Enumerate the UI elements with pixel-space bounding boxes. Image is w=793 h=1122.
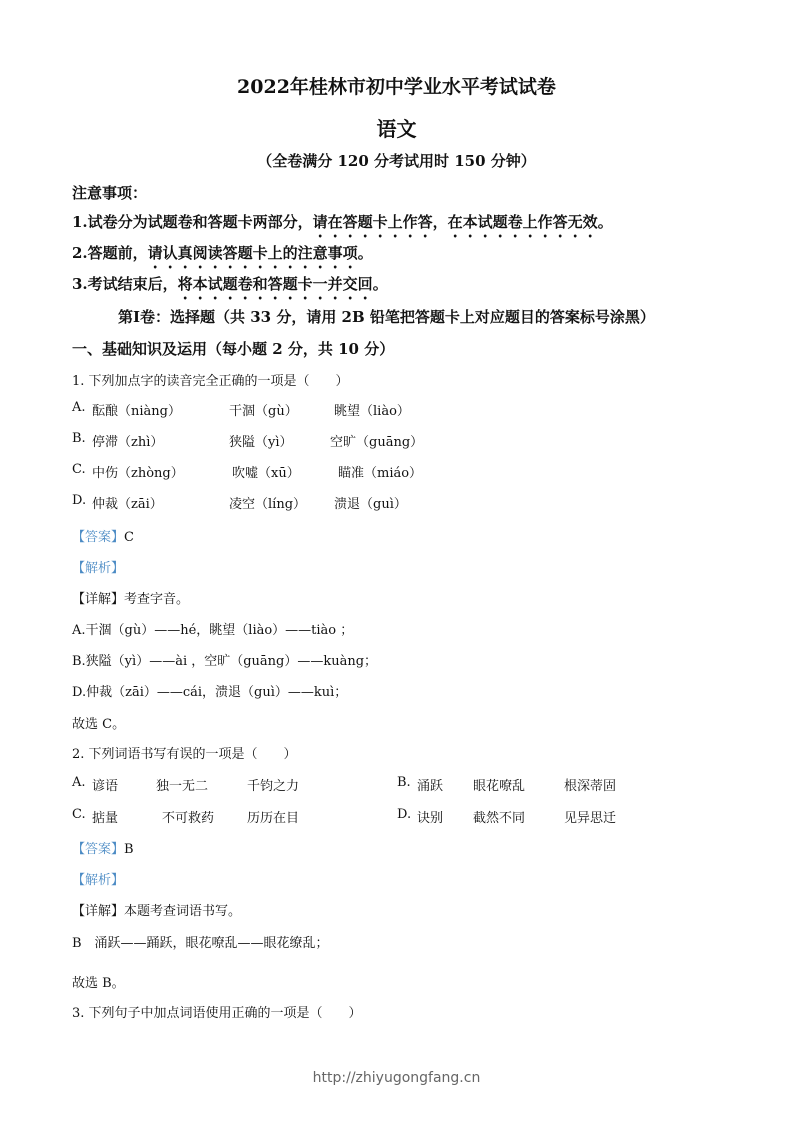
q1-analysis-label: 【解析】: [72, 557, 124, 576]
section-heading: 一、基础知识及运用（每小题 2 分，共 10 分）: [72, 338, 394, 359]
option-item: 涌跃: [417, 775, 443, 794]
option-item: 截然不同: [473, 807, 525, 826]
option-item: 吹嘘（xū）: [232, 462, 300, 481]
option-label: D.: [397, 807, 411, 822]
notice-item-3: 3.考试结束后，将本试题卷和答题卡一并交回。: [72, 273, 388, 303]
notice-emphasis: 请认真阅读答题卡上的注意事项: [148, 244, 358, 262]
option-label: B.: [72, 431, 86, 446]
option-item: 停滞（zhì）: [92, 431, 163, 450]
option-item: 狭隘（yì）: [229, 431, 293, 450]
option-item: 根深蒂固: [564, 775, 616, 794]
option-item: 凌空（líng）: [229, 493, 306, 512]
notice-text: 。: [598, 213, 613, 231]
notice-emphasis: 将本试题卷和答题卡一并交回: [178, 275, 373, 293]
option-item: 空旷（guāng）: [330, 431, 423, 450]
q1-conclusion: 故选 C。: [72, 713, 125, 732]
footer-url[interactable]: http://zhiyugongfang.cn: [0, 1070, 793, 1086]
option-item: 见异思迁: [564, 807, 616, 826]
option-label: A.: [72, 775, 86, 790]
q2-options-ab: A. 谚语 独一无二 千钧之力 B. 涌跃 眼花嘹乱 根深蒂固: [72, 775, 772, 795]
option-item: 溃退（guì）: [334, 493, 407, 512]
question-2-stem: 2. 下列词语书写有误的一项是（ ）: [72, 743, 297, 762]
option-item: 酝酿（niàng）: [92, 400, 181, 419]
subject-title: 语文: [0, 113, 793, 142]
option-label: C.: [72, 462, 86, 477]
option-item: 掂量: [92, 807, 118, 826]
q1-explanation-1: A.干涸（gù）——hé，眺望（liào）——tiào ；: [72, 619, 353, 638]
option-label: C.: [72, 807, 86, 822]
option-item: 千钧之力: [247, 775, 299, 794]
option-item: 眺望（liào）: [334, 400, 410, 419]
option-item: 眼花嘹乱: [473, 775, 525, 794]
notice-text: 。: [358, 244, 373, 262]
option-item: 瞄准（miáo）: [338, 462, 422, 481]
option-item: 中伤（zhòng）: [92, 462, 184, 481]
answer-value: B: [124, 842, 134, 857]
detail-label: 【详解】: [72, 904, 124, 919]
option-item: 诀别: [417, 807, 443, 826]
q1-option-d: D. 仲裁（zāi） 凌空（líng） 溃退（guì）: [72, 493, 772, 513]
question-3-stem: 3. 下列句子中加点词语使用正确的一项是（ ）: [72, 1002, 362, 1021]
q1-explanation-3: D.仲裁（zāi）——cái，溃退（guì）——kuì；: [72, 681, 347, 700]
q1-option-a: A. 酝酿（niàng） 干涸（gù） 眺望（liào）: [72, 400, 772, 420]
notice-heading: 注意事项：: [72, 182, 147, 203]
option-item: 干涸（gù）: [229, 400, 298, 419]
q2-detail: 【详解】本题考查词语书写。: [72, 900, 241, 919]
notice-emphasis: 请在答题卡上作答，在本试题卷上作答无效: [313, 213, 598, 231]
notice-text: 2.答题前，: [72, 244, 148, 262]
detail-label: 【详解】: [72, 592, 124, 607]
q2-options-cd: C. 掂量 不可救药 历历在目 D. 诀别 截然不同 见异思迁: [72, 807, 772, 827]
q1-answer: 【答案】C: [72, 526, 134, 545]
option-item: 历历在目: [247, 807, 299, 826]
notice-text: 1.试卷分为试题卷和答题卡两部分，: [72, 213, 313, 231]
option-item: 仲裁（zāi）: [92, 493, 163, 512]
notice-item-1: 1.试卷分为试题卷和答题卡两部分，请在答题卡上作答，在本试题卷上作答无效。: [72, 211, 613, 241]
answer-label: 【答案】: [72, 842, 124, 857]
notice-text: 。: [373, 275, 388, 293]
notice-text: 3.考试结束后，: [72, 275, 178, 293]
q1-detail: 【详解】考查字音。: [72, 588, 189, 607]
q1-explanation-2: B.狭隘（yì）——ài ，空旷（guāng）——kuàng；: [72, 650, 377, 669]
option-label: D.: [72, 493, 86, 508]
q2-answer: 【答案】B: [72, 838, 134, 857]
notice-item-2: 2.答题前，请认真阅读答题卡上的注意事项。: [72, 242, 373, 272]
option-item: 独一无二: [156, 775, 208, 794]
answer-value: C: [124, 530, 134, 545]
question-1-stem: 1. 下列加点字的读音完全正确的一项是（ ）: [72, 370, 349, 389]
q2-analysis-label: 【解析】: [72, 869, 124, 888]
answer-label: 【答案】: [72, 530, 124, 545]
option-label: B.: [397, 775, 411, 790]
detail-text: 考查字音。: [124, 592, 189, 607]
option-item: 谚语: [92, 775, 118, 794]
option-label: A.: [72, 400, 86, 415]
exam-info: （全卷满分 120 分考试用时 150 分钟）: [0, 150, 793, 171]
q2-explanation-1: B 涌跃——踊跃，眼花嘹乱——眼花缭乱；: [72, 932, 329, 951]
option-item: 不可救药: [162, 807, 214, 826]
q2-conclusion: 故选 B。: [72, 972, 125, 991]
q1-option-c: C. 中伤（zhòng） 吹嘘（xū） 瞄准（miáo）: [72, 462, 772, 482]
detail-text: 本题考查词语书写。: [124, 904, 241, 919]
exam-title: 2022年桂林市初中学业水平考试试卷: [0, 72, 793, 99]
q1-option-b: B. 停滞（zhì） 狭隘（yì） 空旷（guāng）: [72, 431, 772, 451]
volume-heading: 第Ⅰ卷：选择题（共 33 分，请用 2B 铅笔把答题卡上对应题目的答案标号涂黑）: [118, 306, 655, 327]
